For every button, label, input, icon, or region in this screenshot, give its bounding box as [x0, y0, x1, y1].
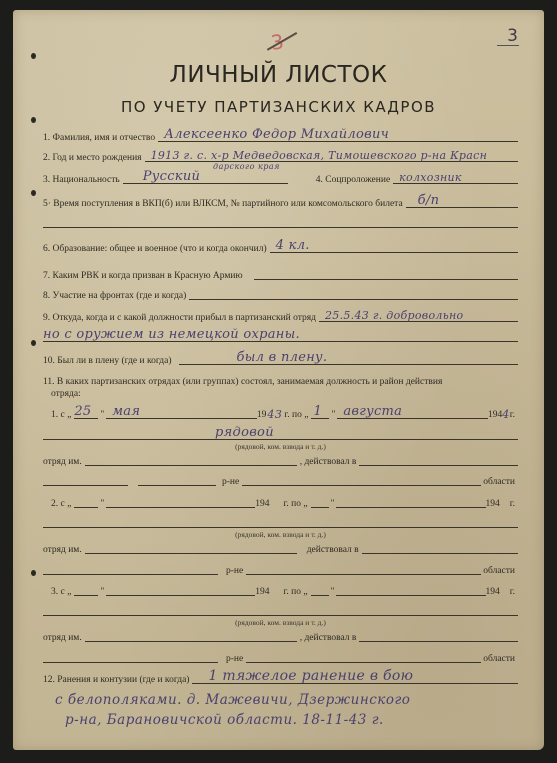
field-label: 7. Каким РВК и когда призван в Красную А… [43, 270, 246, 282]
punch-hole [31, 340, 36, 346]
field-value-line [43, 213, 518, 228]
form-page: 3 3 ЛИЧНЫЙ ЛИСТОК ПО УЧЕТУ ПАРТИЗАНСКИХ … [13, 10, 544, 750]
handwritten-value: 25.5.43 г. добровольно [325, 309, 464, 322]
field-label: отряда: [51, 388, 84, 400]
field-label: 8. Участие на фронтах (где и когда) [43, 290, 189, 302]
unit-2-dates: 2. с „ " 194 г. по „ " 194 г. [51, 494, 518, 510]
handwritten-value-line2: с белополяками. д. Мажевичи, Дзержинског… [55, 692, 410, 708]
punch-hole [31, 53, 36, 59]
field-value-line [254, 265, 518, 280]
field-value-line: 1913 г. с. х-р Медведовская, Тимошевског… [145, 147, 518, 162]
field-arrival: 9. Откуда, когда и с какой должности при… [43, 308, 518, 324]
field-education: 6. Образование: общее и военное (что и к… [43, 239, 518, 255]
field-units-heading-line2: отряда: [51, 384, 526, 400]
unit-3-position [43, 602, 518, 618]
field-fronts: 8. Участие на фронтах (где и когда) [43, 286, 518, 302]
field-value-line: Алексеенко Федор Михайлович [158, 127, 518, 142]
to-month-line: августа [337, 404, 488, 419]
handwritten-value: Алексеенко Федор Михайлович [164, 127, 389, 142]
field-value-line [189, 285, 518, 300]
position-caption: (рядовой, ком. взвода и т. д.) [43, 530, 518, 539]
field-arrival-line2: но с оружием из немецкой охраны. [43, 328, 518, 344]
from-day-line: 25 [74, 404, 98, 419]
field-label: 1. Фамилия, имя и отчество [43, 132, 158, 144]
punch-hole [31, 570, 36, 576]
red-pencil-mark: 3 [269, 29, 285, 55]
unit-2-name: отряд им. действовал в [43, 540, 518, 556]
unit-3-name: отряд им. , действовал в [43, 628, 518, 644]
position-line: рядовой [43, 425, 518, 440]
unit-1-position: рядовой [43, 426, 518, 442]
unit-1-district: р-не области [43, 472, 518, 488]
position-caption: (рядовой, ком. взвода и т. д.) [43, 618, 518, 627]
unit-1-dates: 1. с „ 25 " мая 19 43 г. по „ 1 " август… [51, 405, 518, 421]
field-label: 4. Соцпроложение [316, 174, 393, 186]
field-value-line: 4 кл. [270, 238, 518, 253]
form-subtitle: ПО УЧЕТУ ПАРТИЗАНСКИХ КАДРОВ [13, 98, 544, 116]
field-value-line: Русский [123, 169, 288, 184]
field-wounds: 12. Ранения и контузии (где и когда) 1 т… [43, 670, 518, 686]
field-value-line: был в плену. [179, 350, 518, 365]
field-party-line2 [43, 214, 518, 230]
handwritten-value: был в плену. [237, 350, 328, 365]
punch-hole [31, 190, 36, 196]
field-label: 3. Национальность [43, 174, 123, 186]
field-label: 9. Откуда, когда и с какой должности при… [43, 312, 319, 324]
field-full-name: 1. Фамилия, имя и отчество Алексеенко Фе… [43, 128, 518, 144]
handwritten-value: 1913 г. с. х-р Медведовская, Тимошевског… [151, 149, 488, 162]
handwritten-value: 4 кл. [276, 238, 310, 253]
page-number: 3 [507, 26, 518, 46]
punch-hole [31, 117, 36, 123]
unit-2-district: р-не области [43, 561, 518, 577]
field-label: 5· Время поступления в ВКП(б) или ВЛКСМ,… [43, 198, 406, 210]
field-draft: 7. Каким РВК и когда призван в Красную А… [43, 266, 518, 282]
field-captivity: 10. Был ли в плену (где и когда) был в п… [43, 351, 518, 367]
handwritten-value: 1 тяжелое ранение в бою [208, 668, 413, 684]
to-day-line: 1 [311, 404, 329, 419]
position-caption: (рядовой, ком. взвода и т. д.) [43, 442, 518, 451]
field-label: 10. Был ли в плену (где и когда) [43, 355, 175, 367]
field-label: 6. Образование: общее и военное (что и к… [43, 243, 270, 255]
field-birth: 2. Год и место рождения 1913 г. с. х-р М… [43, 148, 518, 164]
unit-2-position [43, 514, 518, 530]
field-value-line: 25.5.43 г. добровольно [319, 307, 518, 322]
from-month-line: мая [106, 404, 257, 419]
field-label: 12. Ранения и контузии (где и когда) [43, 674, 192, 686]
handwritten-value: б/п [418, 193, 440, 208]
handwritten-value: Русский [143, 169, 200, 184]
handwritten-value: колхозник [399, 171, 462, 184]
field-value-line: колхозник [393, 169, 518, 184]
unit-3-district: р-не области [43, 649, 518, 665]
field-value-line: но с оружием из немецкой охраны. [43, 327, 518, 342]
field-party: 5· Время поступления в ВКП(б) или ВЛКСМ,… [43, 194, 518, 210]
unit-1-name: отряд им. , действовал в [43, 452, 518, 468]
field-value-line: б/п [406, 193, 518, 208]
field-label: 2. Год и место рождения [43, 152, 145, 164]
handwritten-value: но с оружием из немецкой охраны. [43, 327, 300, 342]
field-value-line: 1 тяжелое ранение в бою [192, 669, 518, 684]
form-title: ЛИЧНЫЙ ЛИСТОК [13, 62, 544, 88]
unit-3-dates: 3. с „ " 194 г. по „ " 194 г. [51, 582, 518, 598]
field-nationality-row: 3. Национальность Русский 4. Соцпроложен… [43, 170, 518, 186]
handwritten-value-line3: р-на, Барановичской области. 18-11-43 г. [65, 712, 384, 728]
